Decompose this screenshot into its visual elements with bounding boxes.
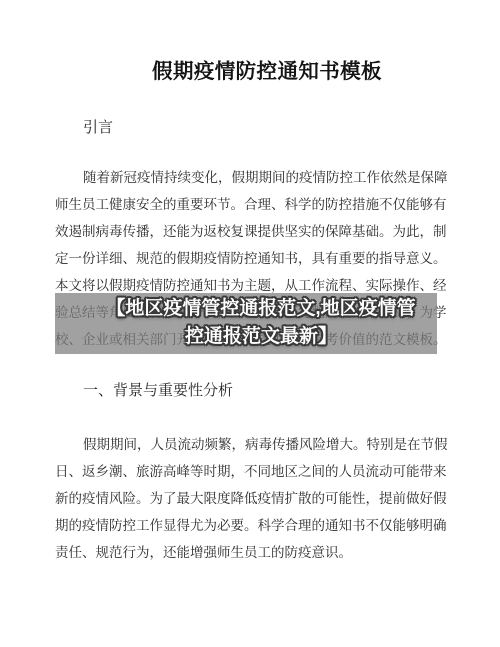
text-line: 期的疫情防控工作显得尤为必要。科学合理的通知书不仅能够明确	[55, 512, 455, 539]
text-line: 新的疫情风险。为了最大限度降低疫情扩散的可能性，提前做好假	[55, 485, 455, 512]
text-line: 定一份详细、规范的假期疫情防控通知书，具有重要的指导意义。	[55, 245, 455, 272]
text-line: 责任、规范行为，还能增强师生员工的防疫意识。	[55, 539, 455, 566]
intro-heading: 引言	[83, 118, 113, 138]
watermark-text: 【地区疫情管控通报范文,地区疫情管 控通报范文最新】	[55, 295, 437, 351]
text-line: 师生员工健康安全的重要环节。合理、科学的防控措施不仅能够有	[55, 191, 455, 218]
section-heading-background-analysis: 一、背景与重要性分析	[83, 381, 233, 401]
watermark-text-line-1: 【地区疫情管控通报范文,地区疫情管	[85, 295, 437, 323]
text-line: 随着新冠疫情持续变化，假期期间的疫情防控工作依然是保障	[55, 164, 455, 191]
text-line: 效遏制病毒传播，还能为返校复课提供坚实的保障基础。为此，制	[55, 218, 455, 245]
text-line: 假期期间，人员流动频繁，病毒传播风险增大。特别是在节假	[55, 431, 455, 458]
watermark-overlay: 【地区疫情管控通报范文,地区疫情管 控通报范文最新】	[55, 293, 437, 354]
watermark-text-line-2: 控通报范文最新】	[85, 323, 437, 351]
document-title: 假期疫情防控通知书模板	[17, 58, 500, 86]
document-page: 假期疫情防控通知书模板 引言 随着新冠疫情持续变化，假期期间的疫情防控工作依然是…	[0, 0, 500, 647]
background-paragraph: 假期期间，人员流动频繁，病毒传播风险增大。特别是在节假 日、返乡潮、旅游高峰等时…	[55, 431, 455, 566]
text-line: 日、返乡潮、旅游高峰等时期，不同地区之间的人员流动可能带来	[55, 458, 455, 485]
